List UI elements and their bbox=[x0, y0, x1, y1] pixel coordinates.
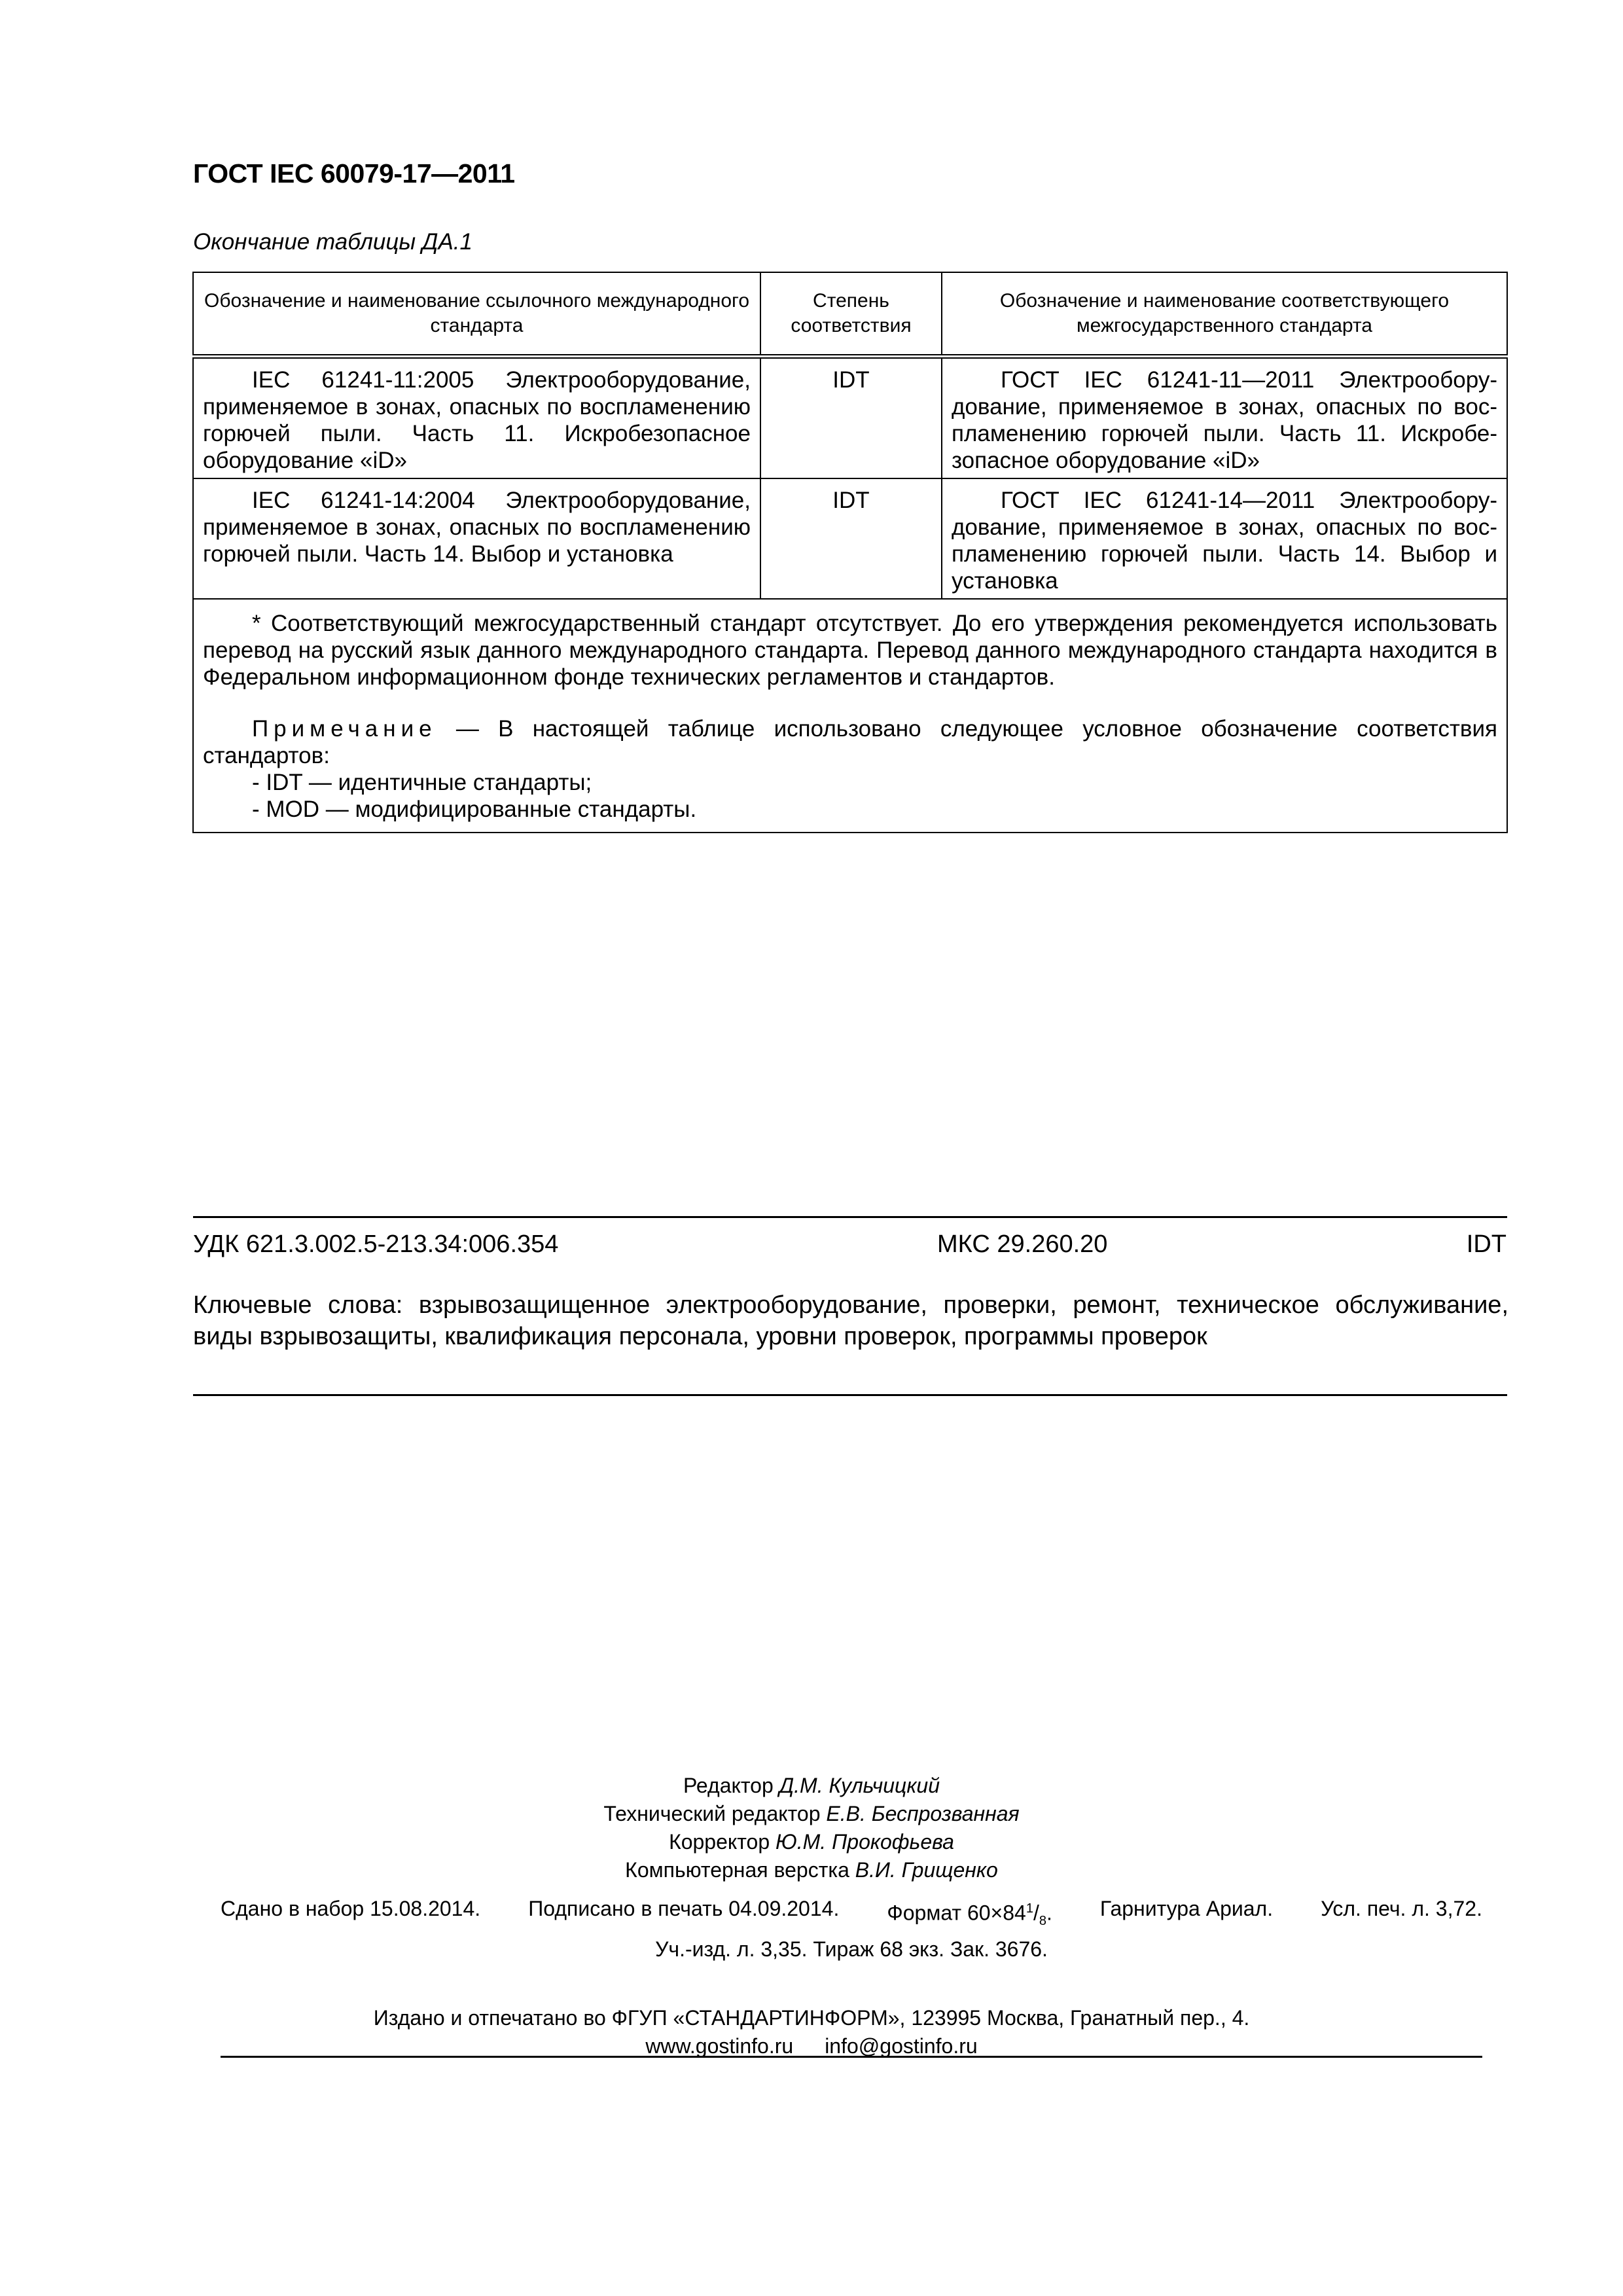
printed-sheets: Усл. печ. л. 3,72. bbox=[1321, 1895, 1482, 1935]
note-item-mod: - MOD — модифицированные стандарты. bbox=[203, 796, 1497, 823]
international-standard-cell: IEC 61241-11:2005 Электрооборудование, п… bbox=[193, 357, 760, 479]
publisher-email[interactable]: info@gostinfo.ru bbox=[825, 2034, 978, 2058]
degree-code: IDT bbox=[1467, 1230, 1507, 1259]
degree-cell: IDT bbox=[760, 478, 942, 599]
signed-date: Подписано в печать 04.09.2014. bbox=[528, 1895, 839, 1935]
table-notes-row: * Соответствующий межгосударственный ста… bbox=[193, 599, 1507, 833]
table-header-row: Обозначение и наименование ссылочного ме… bbox=[193, 272, 1507, 357]
interstate-standard-cell: ГОСТ IEC 61241-11—2011 Электрообору­дова… bbox=[942, 357, 1507, 479]
format: Формат 60×841/8. bbox=[887, 1895, 1052, 1935]
credit-technical-editor: Технический редактор Е.В. Беспрозванная bbox=[0, 1800, 1623, 1828]
credits-block: Редактор Д.М. Кульчицкий Технический ред… bbox=[0, 1772, 1623, 1884]
table-row: IEC 61241-14:2004 Электрооборудование, п… bbox=[193, 478, 1507, 599]
table-caption: Окончание таблицы ДА.1 bbox=[193, 229, 473, 255]
credit-layout: Компьютерная верстка В.И. Грищенко bbox=[0, 1856, 1623, 1884]
print-info: Сдано в набор 15.08.2014. Подписано в пе… bbox=[221, 1895, 1482, 1964]
publisher-block: Издано и отпечатано во ФГУП «СТАНДАРТИНФ… bbox=[0, 2004, 1623, 2060]
mks-code: МКС 29.260.20 bbox=[937, 1230, 1107, 1259]
udk-code: УДК 621.3.002.5-213.34:006.354 bbox=[193, 1230, 558, 1259]
table-row: IEC 61241-11:2005 Электрооборудование, п… bbox=[193, 357, 1507, 479]
document-title: ГОСТ IEC 60079-17—2011 bbox=[193, 158, 515, 189]
publisher-address: Издано и отпечатано во ФГУП «СТАНДАРТИНФ… bbox=[0, 2004, 1623, 2032]
column-header-interstate: Обозначение и наименование соответствующ… bbox=[942, 272, 1507, 357]
credit-editor: Редактор Д.М. Кульчицкий bbox=[0, 1772, 1623, 1800]
standards-correspondence-table: Обозначение и наименование ссылочного ме… bbox=[192, 272, 1508, 833]
keywords: Ключевые слова: взрывозащищенное электро… bbox=[193, 1289, 1508, 1352]
note-item-idt: - IDT — идентичные стандарты; bbox=[203, 769, 1497, 796]
international-standard-cell: IEC 61241-14:2004 Электрооборудование, п… bbox=[193, 478, 760, 599]
credit-proofreader: Корректор Ю.М. Прокофьева bbox=[0, 1828, 1623, 1856]
submitted-date: Сдано в набор 15.08.2014. bbox=[221, 1895, 480, 1935]
typeface: Гарнитура Ариал. bbox=[1100, 1895, 1273, 1935]
column-header-degree: Степень соответствия bbox=[760, 272, 942, 357]
note-paragraph: Примечание — В настоящей таблице использ… bbox=[203, 715, 1497, 769]
note-label: Примечание bbox=[252, 716, 437, 742]
print-run-info: Уч.-изд. л. 3,35. Тираж 68 экз. Зак. 367… bbox=[221, 1935, 1482, 1964]
table-notes-cell: * Соответствующий межгосударственный ста… bbox=[193, 599, 1507, 833]
footnote-text: * Соответствующий межгосударственный ста… bbox=[203, 610, 1497, 691]
interstate-standard-cell: ГОСТ IEC 61241-14—2011 Электрообору­дова… bbox=[942, 478, 1507, 599]
divider-top bbox=[193, 1216, 1507, 1218]
publisher-website[interactable]: www.gostinfo.ru bbox=[645, 2034, 793, 2058]
degree-cell: IDT bbox=[760, 357, 942, 479]
divider-bottom bbox=[193, 1394, 1507, 1396]
column-header-international: Обозначение и наименование ссылочного ме… bbox=[193, 272, 760, 357]
